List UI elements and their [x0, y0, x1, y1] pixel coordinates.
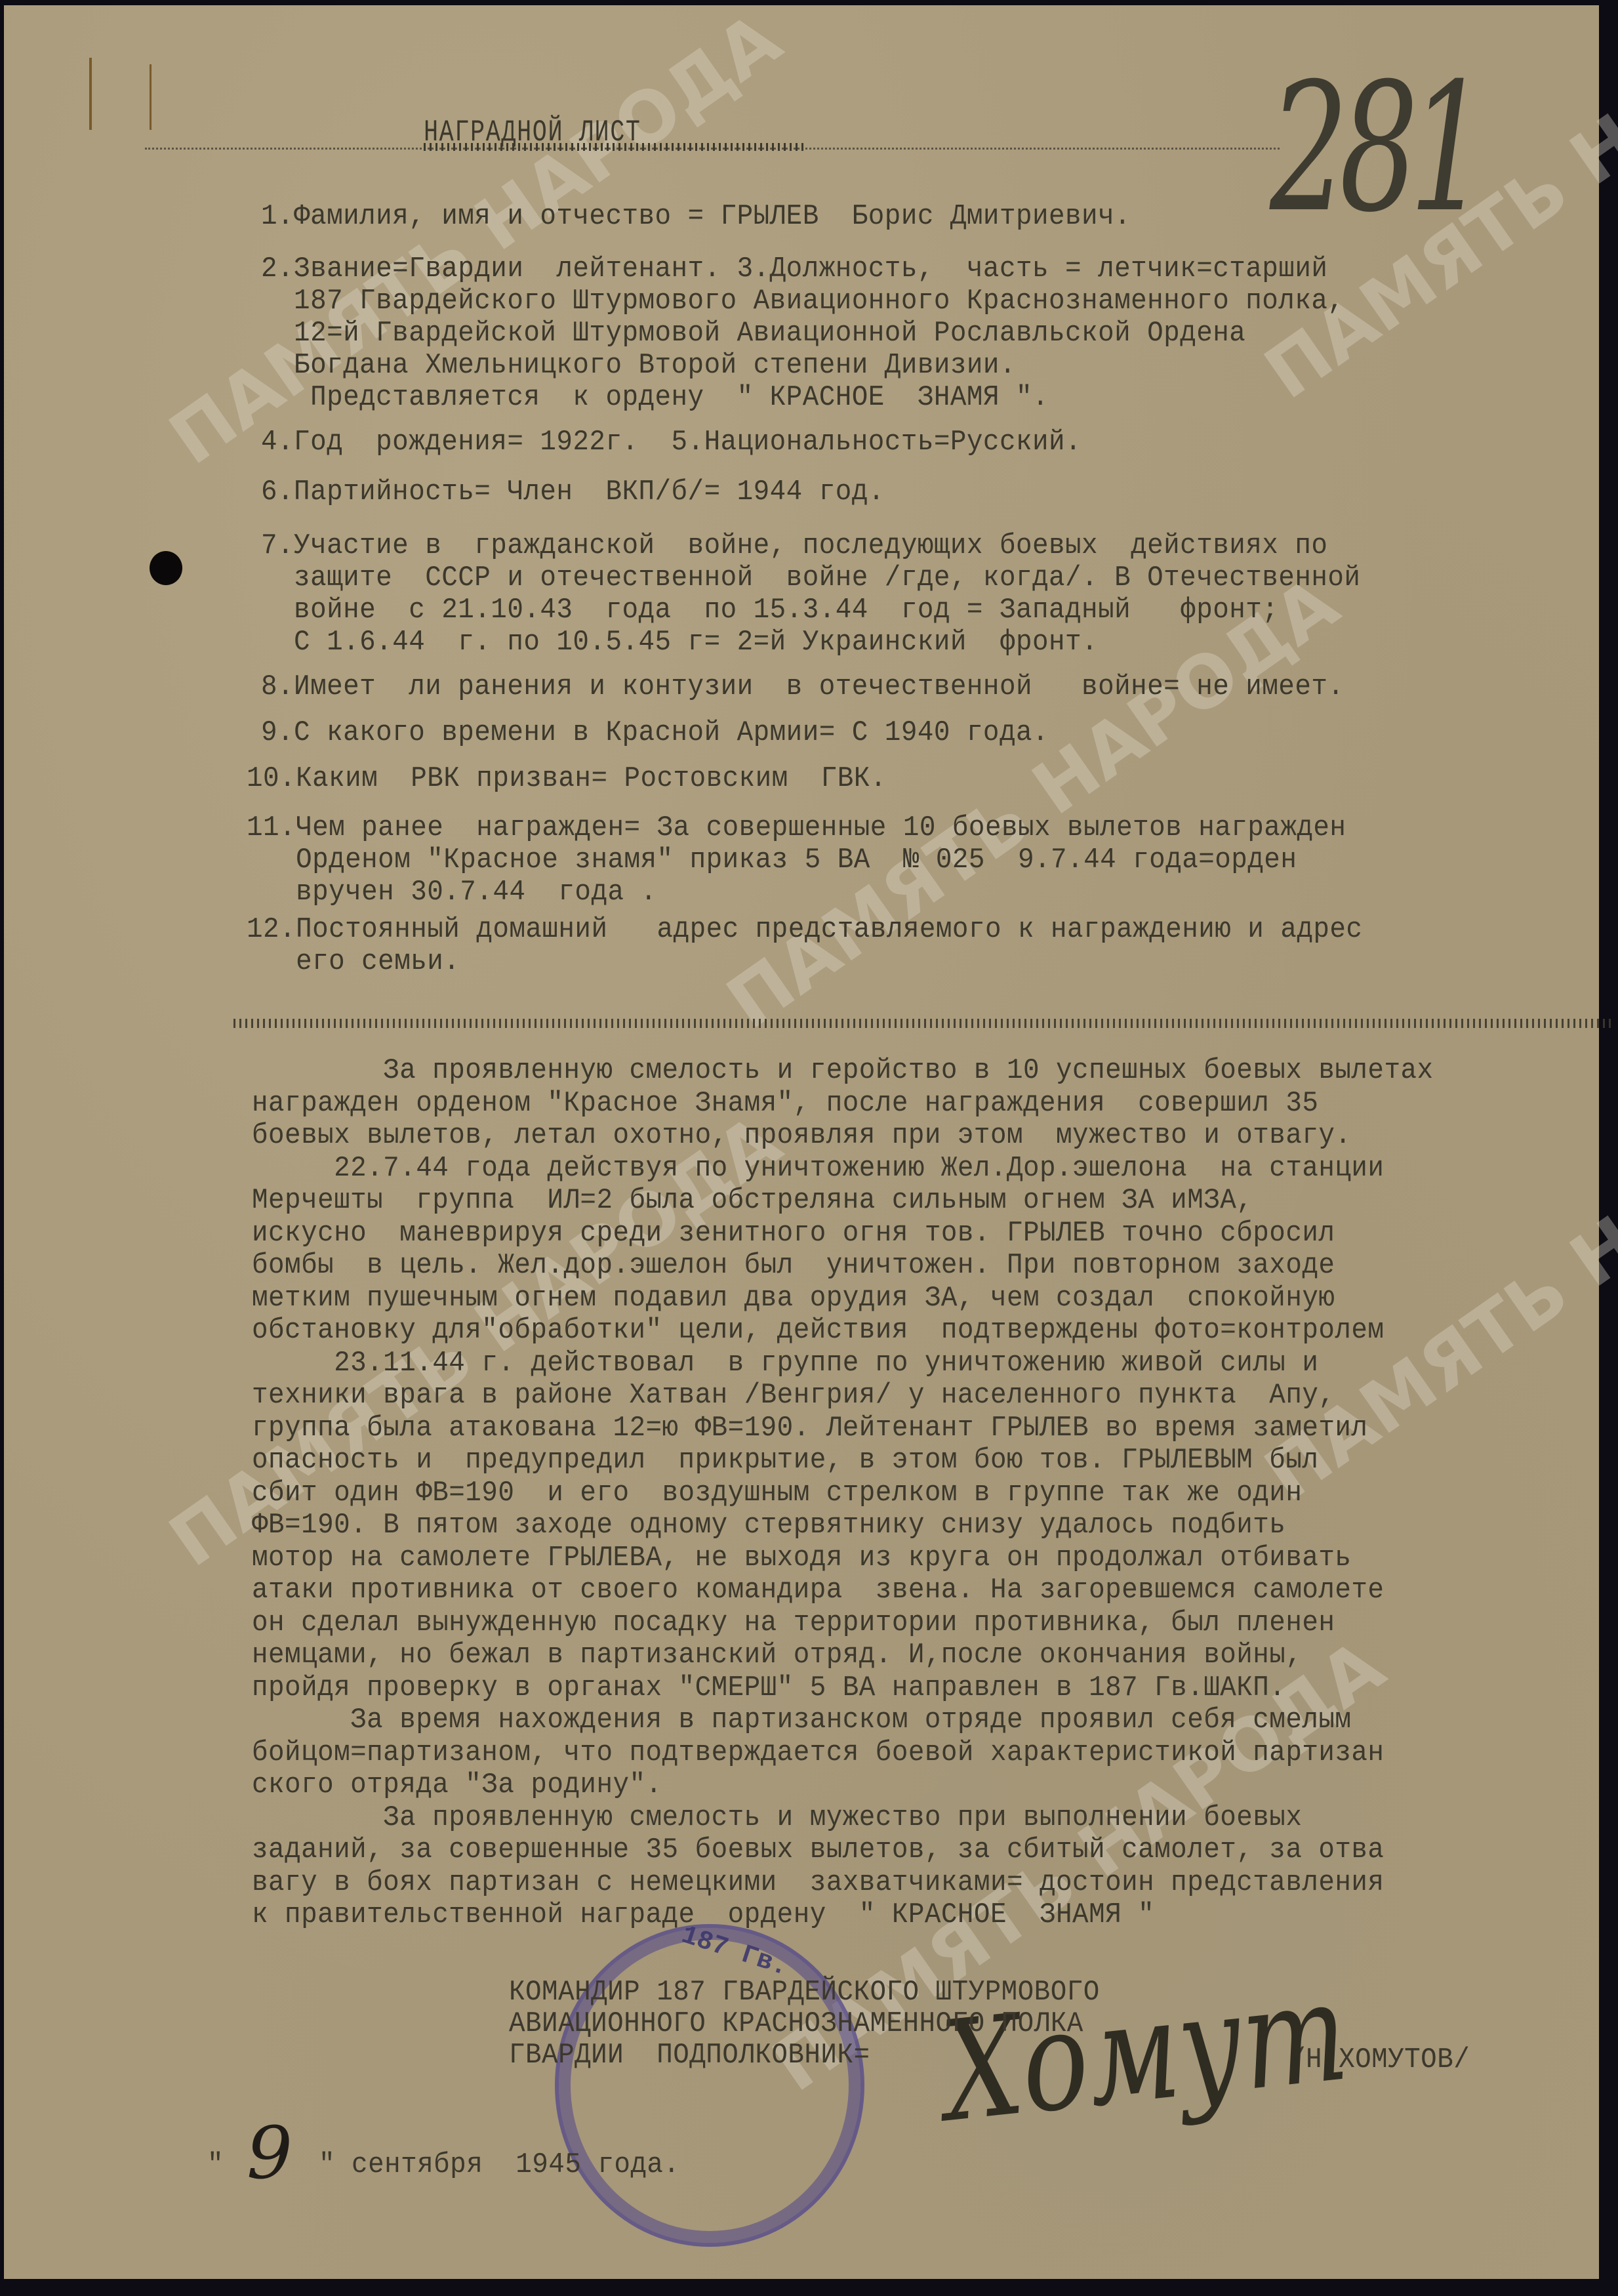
narrative-line: пройдя проверку в органах "СМЕРШ" 5 ВА н…: [252, 1672, 1285, 1704]
narrative-line: вагу в боях партизан с немецкими захватч…: [252, 1867, 1384, 1899]
title-underline: [424, 143, 807, 151]
field-2-3-line: 12=й Гвардейской Штурмовой Авиационной Р…: [261, 318, 1245, 350]
narrative-line: 22.7.44 года действуя по уничтожению Жел…: [252, 1153, 1384, 1185]
signature-title-line: КОМАНДИР 187 ГВАРДЕЙСКОГО ШТУРМОВОГО: [509, 1977, 1100, 2009]
narrative-line: За проявленную смелость и мужество при в…: [252, 1802, 1302, 1834]
field-2-3-line: Представляется к ордену " КРАСНОЕ ЗНАМЯ …: [261, 382, 1049, 414]
narrative-line: метким пушечным огнем подавил два орудия…: [252, 1282, 1335, 1315]
narrative-line: ского отряда "За родину".: [252, 1769, 662, 1801]
margin-mark: [150, 64, 152, 130]
narrative-line: обстановку для"обработки" цели, действия…: [252, 1315, 1384, 1347]
field-7-line: 7.Участие в гражданской войне, последующ…: [261, 530, 1327, 562]
narrative-line: награжден орденом "Красное Знамя", после…: [252, 1088, 1318, 1120]
section-separator: [233, 1019, 1611, 1028]
date-open-quote: ": [207, 2149, 224, 2181]
narrative-line: мотор на самолете ГРЫЛЕВА, не выходя из …: [252, 1542, 1351, 1574]
signature-title-line: ГВАРДИИ ПОДПОЛКОВНИК=: [509, 2040, 870, 2072]
field-12-line: его семьи.: [247, 946, 460, 978]
narrative-line: Мерчешты группа ИЛ=2 была обстреляна сил…: [252, 1185, 1253, 1217]
field-12-line: 12.Постоянный домашний адрес представляе…: [247, 914, 1362, 946]
field-7-line: защите СССР и отечественной войне /где, …: [261, 562, 1360, 594]
narrative-line: опасность и предупредил прикрытие, в это…: [252, 1445, 1318, 1477]
narrative-line: ФВ=190. В пятом заходе одному стервятник…: [252, 1509, 1285, 1542]
field-4-5-line: 4.Год рождения= 1922г. 5.Национальность=…: [261, 426, 1082, 459]
field-8-line: 8.Имеет ли ранения и контузии в отечеств…: [261, 671, 1344, 703]
narrative-line: немцами, но бежал в партизанский отряд. …: [252, 1639, 1302, 1671]
narrative-line: 23.11.44 г. действовал в группе по уничт…: [252, 1347, 1318, 1380]
handwritten-sheet-number: 281: [1270, 45, 1479, 251]
field-7-line: войне с 21.10.43 года по 15.3.44 год = З…: [261, 594, 1278, 626]
narrative-line: группа была атакована 12=ю ФВ=190. Лейте…: [252, 1412, 1367, 1445]
signature-title-line: АВИАЦИОННОГО КРАСНОЗНАМЕННОГО ПОЛКА: [509, 2008, 1083, 2040]
date-day-handwritten: 9: [247, 2111, 293, 2195]
field-2-3-line: 187 Гвардейского Штурмового Авиационного…: [261, 285, 1344, 318]
field-2-3-line: 2.Звание=Гвардии лейтенант. 3.Должность,…: [261, 253, 1327, 285]
punch-hole: [150, 551, 182, 585]
field-11-line: 11.Чем ранее награжден= За совершенные 1…: [247, 812, 1346, 844]
narrative-line: бойцом=партизаном, что подтверждается бо…: [252, 1737, 1384, 1769]
field-2-3-line: Богдана Хмельницкого Второй степени Диви…: [261, 350, 1016, 382]
field-10-line: 10.Каким РВК призван= Ростовским ГВК.: [247, 763, 887, 795]
field-7-line: С 1.6.44 г. по 10.5.45 г= 2=й Украинский…: [261, 626, 1098, 659]
narrative-line: бомбы в цель. Жел.дор.эшелон был уничтож…: [252, 1250, 1335, 1282]
field-9-line: 9.С какого времени в Красной Армии= С 19…: [261, 717, 1049, 749]
narrative-line: техники врага в районе Хатван /Венгрия/ …: [252, 1380, 1335, 1412]
field-11-line: Орденом "Красное знамя" приказ 5 ВА № 02…: [247, 844, 1297, 876]
narrative-line: За время нахождения в партизанском отряд…: [252, 1704, 1351, 1736]
date-text: " сентября 1945 года.: [319, 2149, 679, 2181]
narrative-line: он сделал вынужденную посадку на террито…: [252, 1607, 1335, 1639]
field-11-line: вручен 30.7.44 года .: [247, 876, 657, 909]
narrative-line: искусно маневрируя среди зенитного огня …: [252, 1218, 1335, 1250]
field-1-line: 1.Фамилия, имя и отчество = ГРЫЛЕВ Борис…: [261, 201, 1131, 233]
narrative-line: боевых вылетов, летал охотно, проявляя п…: [252, 1120, 1351, 1152]
narrative-line: сбит один ФВ=190 и его воздушным стрелко…: [252, 1477, 1302, 1509]
official-stamp: [555, 1924, 864, 2247]
narrative-line: За проявленную смелость и геройство в 10…: [252, 1055, 1434, 1087]
award-sheet: ПАМЯТЬ НАРОДА ПАМЯТЬ НАРОДА ПАМЯТЬ НАРОД…: [4, 5, 1599, 2279]
narrative-line: атаки противника от своего командира зве…: [252, 1574, 1384, 1607]
margin-mark: [89, 58, 92, 130]
narrative-line: заданий, за совершенные 35 боевых вылето…: [252, 1834, 1384, 1866]
narrative-line: к правительственной награде ордену " КРА…: [252, 1899, 1154, 1931]
field-6-line: 6.Партийность= Член ВКП/б/= 1944 год.: [261, 476, 885, 508]
